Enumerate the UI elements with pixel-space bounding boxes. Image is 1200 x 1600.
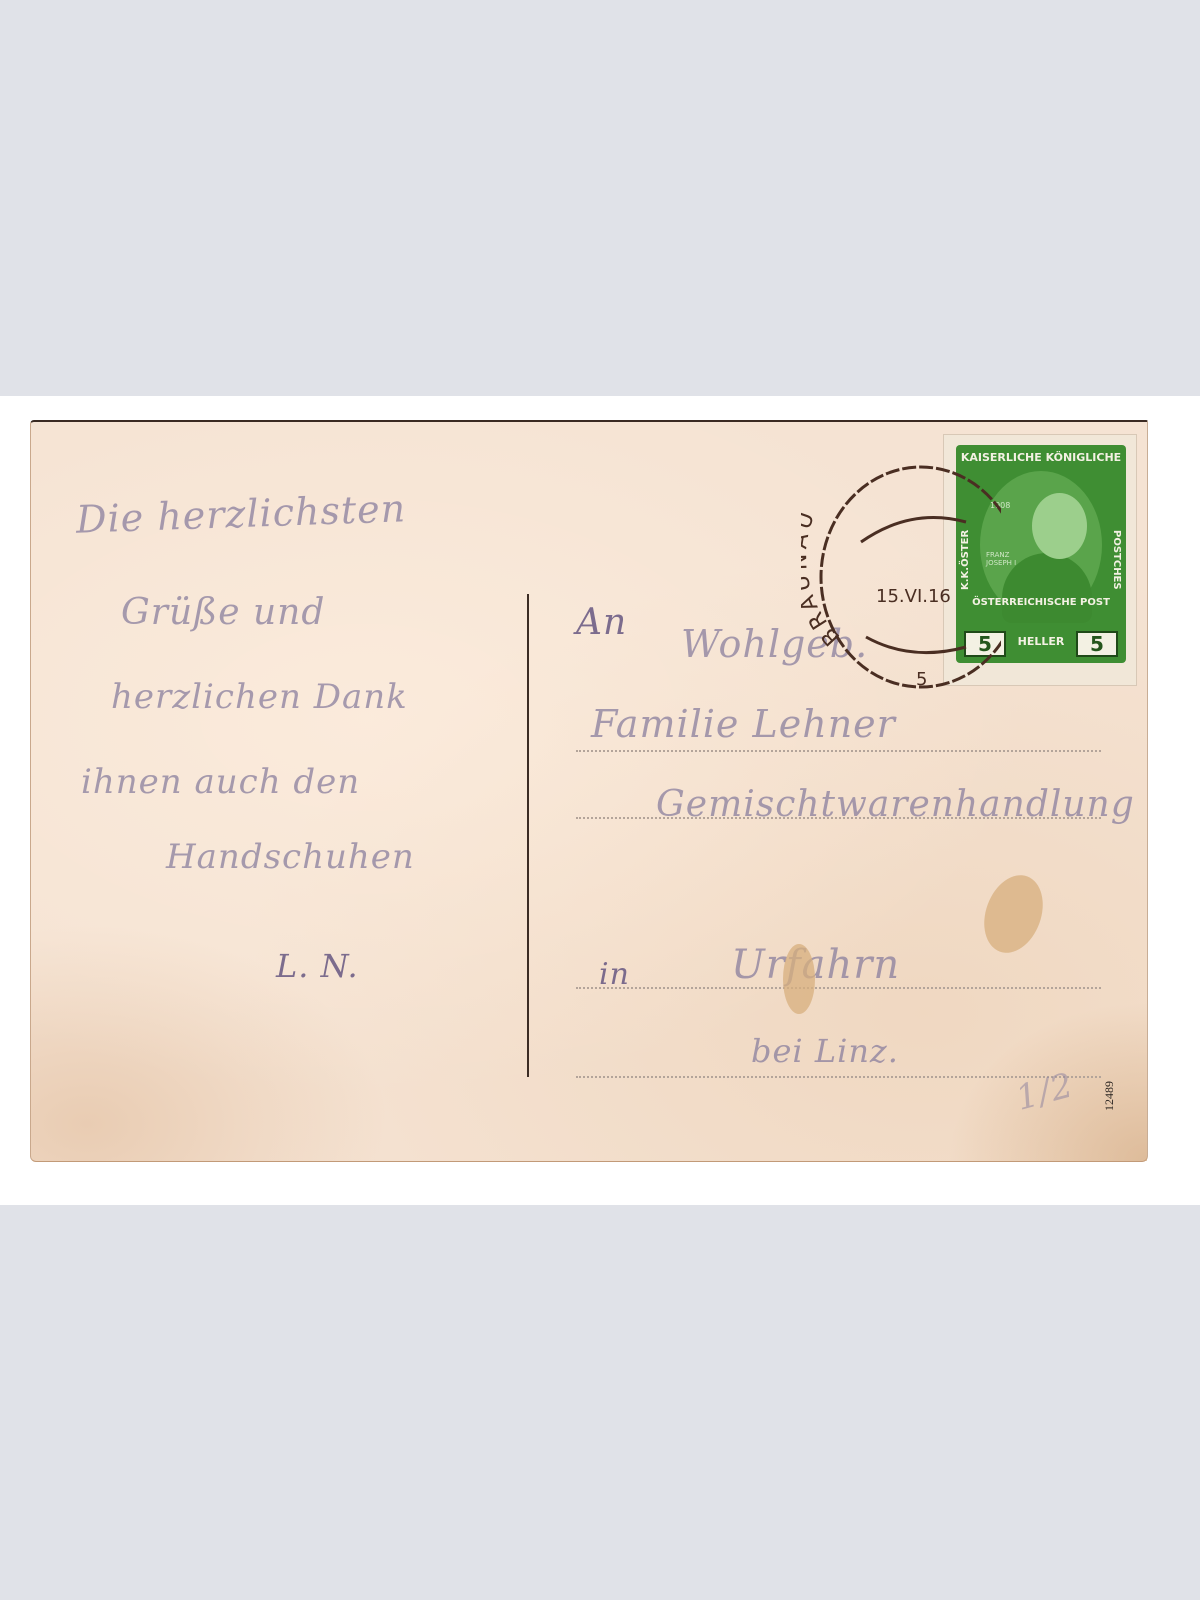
stamp-design: KAISERLICHE KÖNIGLICHE K.K.ÖSTER POSTCHE… bbox=[956, 445, 1126, 663]
address-line-1 bbox=[576, 750, 1101, 752]
denomination-right: 5 bbox=[1076, 631, 1118, 657]
postage-stamp: KAISERLICHE KÖNIGLICHE K.K.ÖSTER POSTCHE… bbox=[944, 435, 1136, 685]
address-town: Urfahrn bbox=[731, 942, 900, 988]
address-title: Wohlgeb. bbox=[681, 622, 868, 666]
address-line-3 bbox=[576, 987, 1101, 989]
message-line-2: Grüße und bbox=[121, 592, 325, 633]
divider-line bbox=[527, 594, 529, 1077]
postmark-number: 5 bbox=[916, 669, 927, 690]
postcard: Die herzlichsten Grüße und herzlichen Da… bbox=[30, 420, 1148, 1162]
message-line-5: Handschuhen bbox=[166, 837, 415, 877]
message-line-3: herzlichen Dank bbox=[111, 677, 408, 717]
address-salutation: An bbox=[576, 602, 627, 643]
message-line-1: Die herzlichsten bbox=[75, 486, 406, 541]
denomination-left: 5 bbox=[964, 631, 1006, 657]
signature: L. N. bbox=[276, 947, 359, 985]
stamp-left-text: K.K.ÖSTER bbox=[960, 485, 974, 635]
stamp-top-text: KAISERLICHE KÖNIGLICHE bbox=[956, 451, 1126, 464]
message-line-4: ihnen auch den bbox=[81, 762, 360, 802]
portrait-head bbox=[1032, 493, 1087, 559]
portrait-years: 1908 bbox=[990, 501, 1010, 510]
address-line-2 bbox=[576, 817, 1101, 819]
stain-1 bbox=[783, 944, 815, 1014]
address-recipient: Familie Lehner bbox=[591, 702, 896, 746]
stamp-bottom-text: ÖSTERREICHISCHE POST bbox=[956, 597, 1126, 608]
portrait-caption: FRANZ JOSEPH I bbox=[986, 551, 1026, 567]
postmark-date: 15.VI.16 bbox=[876, 586, 951, 607]
serial-number: 12489 bbox=[1102, 1081, 1117, 1111]
stamp-right-text: POSTCHES bbox=[1108, 485, 1122, 635]
stain-2 bbox=[974, 867, 1053, 961]
currency-label: HELLER bbox=[1014, 635, 1068, 648]
address-region: bei Linz. bbox=[751, 1032, 899, 1070]
